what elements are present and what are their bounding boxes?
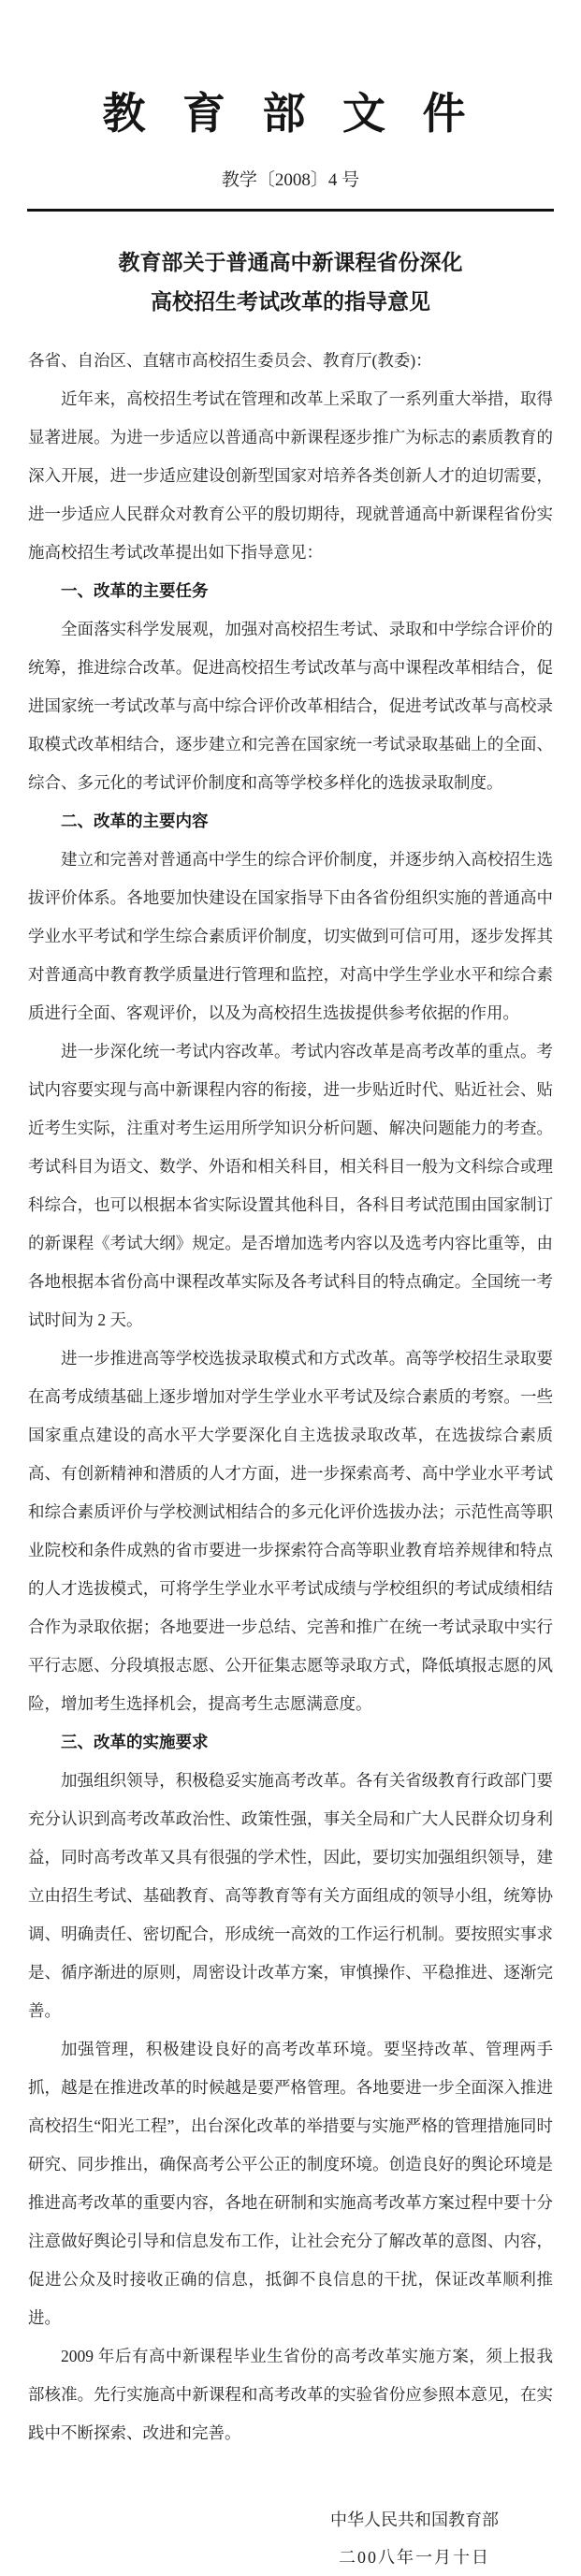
ministry-document-header: 教 育 部 文 件	[0, 90, 581, 139]
document-title-line-1: 教育部关于普通高中新课程省份深化	[0, 242, 581, 282]
signature-date: 二00八年一月十日	[330, 2539, 499, 2576]
paragraph-organizational-leadership: 加强组织领导，积极稳妥实施高考改革。各有关省级教育行政部门要充分认识到高考改革政…	[28, 1762, 553, 2030]
paragraph-intro: 近年来，高校招生考试在管理和改革上采取了一系列重大举措，取得显著进展。为进一步适…	[28, 380, 553, 572]
paragraph-admission-mode-reform: 进一步推进高等学校选拔录取模式和方式改革。高等学校招生录取要在高考成绩基础上逐步…	[28, 1339, 553, 1723]
document-title-line-2: 高校招生考试改革的指导意见	[0, 282, 581, 321]
paragraph-comprehensive-evaluation: 建立和完善对普通高中学生的综合评价制度，并逐步纳入高校招生选拔评价体系。各地要加…	[28, 841, 553, 1032]
salutation-line: 各省、自治区、直辖市高校招生委员会、教育厅(教委)：	[28, 342, 553, 380]
paragraph-exam-content-reform: 进一步深化统一考试内容改革。考试内容改革是高考改革的重点。考试内容要实现与高中新…	[28, 1032, 553, 1339]
document-number: 教学〔2008〕4 号	[0, 168, 581, 193]
signature-organization: 中华人民共和国教育部	[330, 2501, 499, 2539]
document-page: 教 育 部 文 件 教学〔2008〕4 号 教育部关于普通高中新课程省份深化 高…	[0, 0, 581, 2576]
paragraph-2009-plan-approval: 2009 年后有高中新课程毕业生省份的高考改革实施方案，须上报我部核准。先行实施…	[28, 2337, 553, 2452]
paragraph-main-tasks: 全面落实科学发展观，加强对高校招生考试、录取和中学综合评价的统筹，推进综合改革。…	[28, 610, 553, 802]
document-body: 各省、自治区、直辖市高校招生委员会、教育厅(教委)： 近年来，高校招生考试在管理…	[0, 342, 581, 2452]
header-divider	[27, 209, 554, 212]
paragraph-management-environment: 加强管理，积极建设良好的高考改革环境。要坚持改革、管理两手抓，越是在推进改革的时…	[28, 2030, 553, 2337]
section-heading-1: 一、改革的主要任务	[28, 572, 553, 610]
section-heading-2: 二、改革的主要内容	[28, 802, 553, 841]
section-heading-3: 三、改革的实施要求	[28, 1723, 553, 1762]
signature-block: 中华人民共和国教育部 二00八年一月十日	[330, 2501, 499, 2576]
